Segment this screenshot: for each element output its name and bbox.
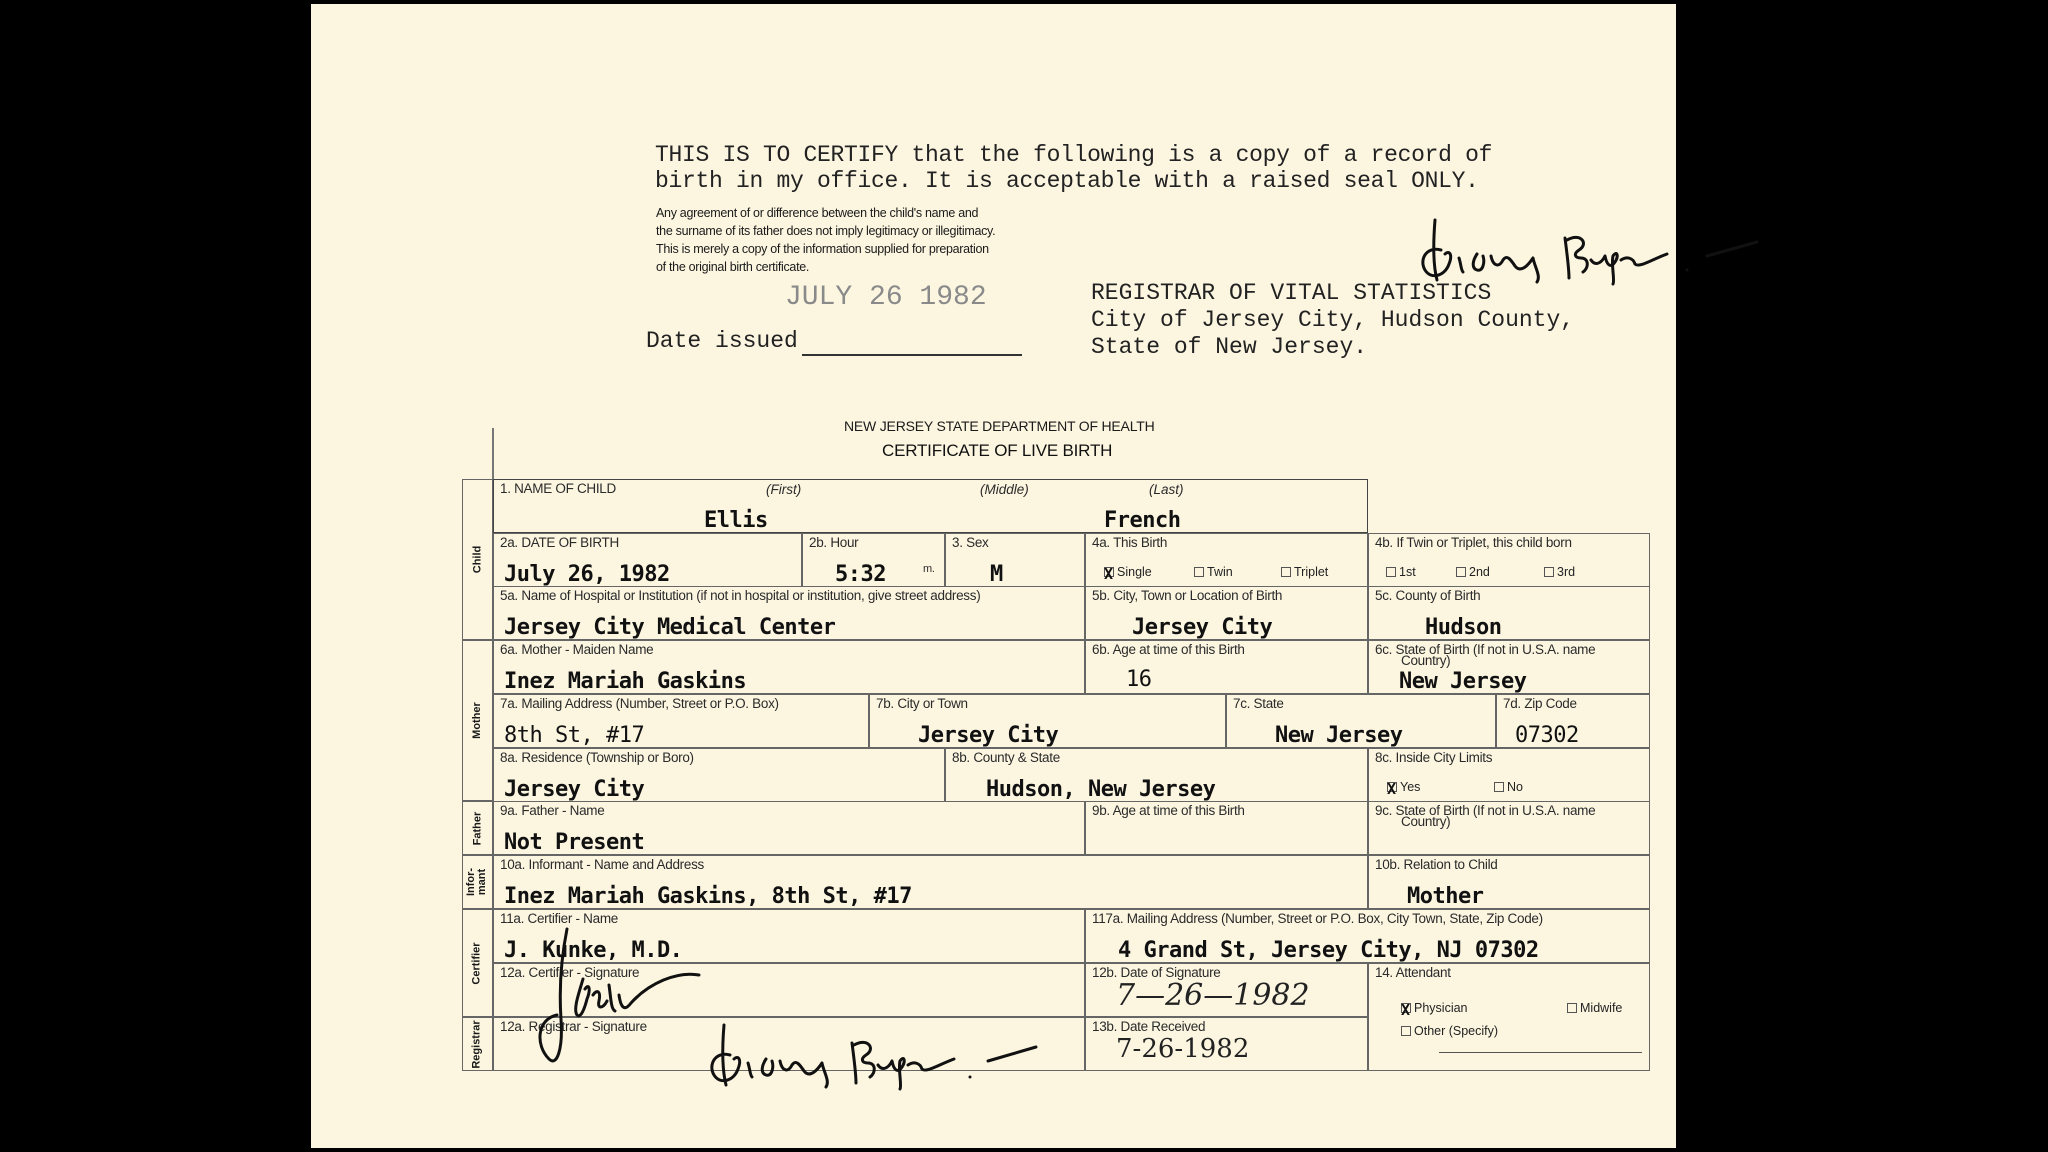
first-name-value: Ellis	[704, 508, 768, 533]
field-4b-twin-order: 4b. If Twin or Triplet, this child born …	[1368, 533, 1650, 587]
registrar-signature-top	[1411, 210, 1771, 290]
field-label: 1. NAME OF CHILD	[500, 482, 616, 496]
field-10a-informant[interactable]: 10a. Informant - Name and Address Inez M…	[493, 855, 1368, 909]
checkbox-midwife[interactable]: Midwife	[1567, 1001, 1622, 1015]
checkbox-physician[interactable]: Physician	[1401, 1001, 1468, 1015]
field-7a-mailing-address[interactable]: 7a. Mailing Address (Number, Street or P…	[493, 694, 869, 748]
first-name-label: (First)	[766, 482, 801, 497]
field-label: 7b. City or Town	[876, 697, 968, 711]
option-label: Yes	[1400, 780, 1420, 794]
field-10b-relation[interactable]: 10b. Relation to Child Mother	[1368, 855, 1650, 909]
registrar-state: State of New Jersey.	[1091, 334, 1574, 361]
section-informant: Infor-mant	[462, 855, 493, 909]
field-label: 7d. Zip Code	[1503, 697, 1577, 711]
field-label: 10a. Informant - Name and Address	[500, 858, 704, 872]
option-label: Other (Specify)	[1414, 1024, 1498, 1038]
field-label: 7a. Mailing Address (Number, Street or P…	[500, 697, 779, 711]
field-6a-mother-maiden-name[interactable]: 6a. Mother - Maiden Name Inez Mariah Gas…	[493, 640, 1085, 694]
option-label: Physician	[1414, 1001, 1468, 1015]
checkbox-1st[interactable]: 1st	[1386, 565, 1416, 579]
field-label: 9a. Father - Name	[500, 804, 604, 818]
field-value: 7—26—1982	[1116, 978, 1310, 1013]
option-label: Single	[1117, 565, 1152, 579]
other-specify-line[interactable]	[1439, 1052, 1642, 1053]
field-label: 8a. Residence (Township or Boro)	[500, 751, 694, 765]
checkbox-yes[interactable]: Yes	[1387, 780, 1420, 794]
section-father: Father	[462, 801, 493, 855]
option-label: Triplet	[1294, 565, 1328, 579]
field-value: New Jersey	[1275, 723, 1402, 748]
field-label: 8c. Inside City Limits	[1375, 751, 1492, 765]
checkbox-triplet[interactable]: Triplet	[1281, 565, 1328, 579]
field-6b-mother-age[interactable]: 6b. Age at time of this Birth 16	[1085, 640, 1368, 694]
field-label: 13b. Date Received	[1092, 1020, 1205, 1034]
field-4a-this-birth: 4a. This Birth Single Twin Triplet	[1085, 533, 1368, 587]
section-label-line: mant	[476, 869, 488, 895]
field-value: Not Present	[504, 830, 644, 855]
section-label: Infor-mant	[466, 868, 488, 896]
field-5a-hospital[interactable]: 5a. Name of Hospital or Institution (if …	[493, 586, 1085, 640]
field-value: Hudson	[1425, 615, 1501, 640]
field-value: 5:32	[835, 562, 886, 587]
registrar-city: City of Jersey City, Hudson County,	[1091, 307, 1574, 334]
field-value: Jersey City	[1132, 615, 1272, 640]
checkbox-checked-icon	[1104, 567, 1114, 577]
field-label: 7c. State	[1233, 697, 1284, 711]
field-1-name-of-child[interactable]: 1. NAME OF CHILD (First) (Middle) (Last)…	[493, 479, 1368, 533]
field-label: 6b. Age at time of this Birth	[1092, 643, 1245, 657]
middle-name-label: (Middle)	[980, 482, 1029, 497]
checkbox-icon	[1456, 567, 1466, 577]
date-issued-label: Date issued	[646, 328, 798, 354]
checkbox-icon	[1386, 567, 1396, 577]
stamp-date: JULY 26 1982	[785, 282, 987, 313]
checkbox-single[interactable]: Single	[1104, 565, 1152, 579]
field-label: 2b. Hour	[809, 536, 858, 550]
note-line: This is merely a copy of the information…	[656, 240, 995, 258]
field-value: Jersey City	[918, 723, 1058, 748]
field-label: 10b. Relation to Child	[1375, 858, 1497, 872]
checkbox-checked-icon	[1401, 1003, 1411, 1013]
option-label: Twin	[1207, 565, 1233, 579]
field-value: New Jersey	[1399, 669, 1526, 694]
date-issued-line	[802, 354, 1022, 356]
certify-line-2: birth in my office. It is acceptable wit…	[655, 168, 1479, 194]
field-value: Jersey City Medical Center	[504, 615, 835, 640]
field-3-sex[interactable]: 3. Sex M	[945, 533, 1085, 587]
section-label: Child	[472, 546, 483, 574]
field-label: 5c. County of Birth	[1375, 589, 1480, 603]
checkbox-no[interactable]: No	[1494, 780, 1523, 794]
birth-certificate-page: THIS IS TO CERTIFY that the following is…	[311, 4, 1676, 1148]
field-value: 16	[1126, 667, 1152, 692]
field-9c-father-state-of-birth[interactable]: 9c. State of Birth (If not in U.S.A. nam…	[1368, 801, 1650, 855]
registrar-signature-bottom	[702, 1019, 1042, 1099]
field-12b-date-of-signature[interactable]: 12b. Date of Signature 7—26—1982	[1085, 963, 1368, 1017]
note-line: the surname of its father does not imply…	[656, 222, 995, 240]
field-label: 5b. City, Town or Location of Birth	[1092, 589, 1282, 603]
checkbox-checked-icon	[1387, 782, 1397, 792]
field-label: 14. Attendant	[1375, 966, 1451, 980]
field-label: 3. Sex	[952, 536, 988, 550]
field-8c-inside-city-limits: 8c. Inside City Limits Yes No	[1368, 748, 1650, 802]
checkbox-twin[interactable]: Twin	[1194, 565, 1233, 579]
field-9b-father-age[interactable]: 9b. Age at time of this Birth	[1085, 801, 1368, 855]
checkbox-icon	[1281, 567, 1291, 577]
legitimacy-note: Any agreement of or difference between t…	[656, 204, 995, 276]
field-label: 2a. DATE OF BIRTH	[500, 536, 619, 550]
field-13b-date-received[interactable]: 13b. Date Received 7-26-1982	[1085, 1017, 1368, 1071]
field-8b-county-state[interactable]: 8b. County & State Hudson, New Jersey	[945, 748, 1368, 802]
field-value: M	[990, 562, 1003, 587]
checkbox-other[interactable]: Other (Specify)	[1401, 1024, 1498, 1038]
section-label: Certifier	[472, 942, 483, 984]
field-5c-county-of-birth[interactable]: 5c. County of Birth Hudson	[1368, 586, 1650, 640]
section-certifier: Certifier	[462, 909, 493, 1017]
field-value: Hudson, New Jersey	[986, 777, 1215, 802]
field-value: Inez Mariah Gaskins	[504, 669, 746, 694]
section-label: Father	[472, 811, 483, 845]
field-8a-residence[interactable]: 8a. Residence (Township or Boro) Jersey …	[493, 748, 945, 802]
field-value: 07302	[1515, 723, 1579, 748]
option-label: No	[1507, 780, 1523, 794]
checkbox-icon	[1544, 567, 1554, 577]
section-label: Registrar	[472, 1020, 483, 1068]
field-2a-date-of-birth[interactable]: 2a. DATE OF BIRTH July 26, 1982	[493, 533, 802, 587]
field-value: 4 Grand St, Jersey City, NJ 07302	[1118, 938, 1539, 963]
field-label-cont: Country)	[1401, 654, 1450, 668]
option-label: 3rd	[1557, 565, 1575, 579]
last-name-label: (Last)	[1149, 482, 1184, 497]
section-child: Child	[462, 479, 493, 640]
field-7b-city-or-town[interactable]: 7b. City or Town Jersey City	[869, 694, 1226, 748]
note-line: of the original birth certificate.	[656, 258, 995, 276]
field-7c-state[interactable]: 7c. State New Jersey	[1226, 694, 1496, 748]
section-mother: Mother	[462, 640, 493, 801]
last-name-value: French	[1104, 508, 1180, 533]
form-table: Child Mother Father Infor-mant Certifier…	[462, 479, 1650, 1071]
form-title: CERTIFICATE OF LIVE BIRTH	[882, 441, 1112, 461]
option-label: Midwife	[1580, 1001, 1622, 1015]
hour-suffix: m.	[923, 562, 935, 576]
checkbox-icon	[1194, 567, 1204, 577]
field-label: 117a. Mailing Address (Number, Street or…	[1092, 912, 1543, 926]
option-label: 1st	[1399, 565, 1416, 579]
registrar-title-block: REGISTRAR OF VITAL STATISTICS City of Je…	[1091, 280, 1574, 361]
field-7d-zip-code[interactable]: 7d. Zip Code 07302	[1496, 694, 1650, 748]
option-label: 2nd	[1469, 565, 1490, 579]
field-value: Mother	[1407, 884, 1483, 909]
field-label: 6a. Mother - Maiden Name	[500, 643, 653, 657]
registrar-title: REGISTRAR OF VITAL STATISTICS	[1091, 280, 1574, 307]
certify-line-1: THIS IS TO CERTIFY that the following is…	[655, 142, 1492, 168]
field-value: Inez Mariah Gaskins, 8th St, #17	[504, 884, 912, 909]
field-14-attendant: 14. Attendant Physician Midwife Other (S…	[1368, 963, 1650, 1071]
field-11b-certifier-address[interactable]: 117a. Mailing Address (Number, Street or…	[1085, 909, 1650, 963]
checkbox-icon	[1494, 782, 1504, 792]
field-value: Jersey City	[504, 777, 644, 802]
section-label: Mother	[472, 702, 483, 739]
field-value: July 26, 1982	[504, 562, 670, 587]
field-value: 8th St, #17	[504, 723, 644, 748]
note-line: Any agreement of or difference between t…	[656, 204, 995, 222]
checkbox-3rd[interactable]: 3rd	[1544, 565, 1575, 579]
checkbox-icon	[1567, 1003, 1577, 1013]
form-top-divider	[492, 428, 494, 480]
section-registrar: Registrar	[462, 1017, 493, 1071]
field-2b-hour[interactable]: 2b. Hour 5:32 m.	[802, 533, 945, 587]
field-9a-father-name[interactable]: 9a. Father - Name Not Present	[493, 801, 1085, 855]
checkbox-2nd[interactable]: 2nd	[1456, 565, 1490, 579]
field-label-cont: Country)	[1401, 815, 1450, 829]
field-label: 9b. Age at time of this Birth	[1092, 804, 1245, 818]
checkbox-icon	[1401, 1026, 1411, 1036]
field-label: 5a. Name of Hospital or Institution (if …	[500, 589, 980, 603]
field-value: 7-26-1982	[1116, 1034, 1249, 1064]
field-6c-mother-state-of-birth[interactable]: 6c. State of Birth (If not in U.S.A. nam…	[1368, 640, 1650, 694]
field-label: 4b. If Twin or Triplet, this child born	[1375, 536, 1572, 550]
department-text: NEW JERSEY STATE DEPARTMENT OF HEALTH	[844, 418, 1155, 434]
field-label: 8b. County & State	[952, 751, 1060, 765]
field-5b-city-of-birth[interactable]: 5b. City, Town or Location of Birth Jers…	[1085, 586, 1368, 640]
field-label: 4a. This Birth	[1092, 536, 1167, 550]
